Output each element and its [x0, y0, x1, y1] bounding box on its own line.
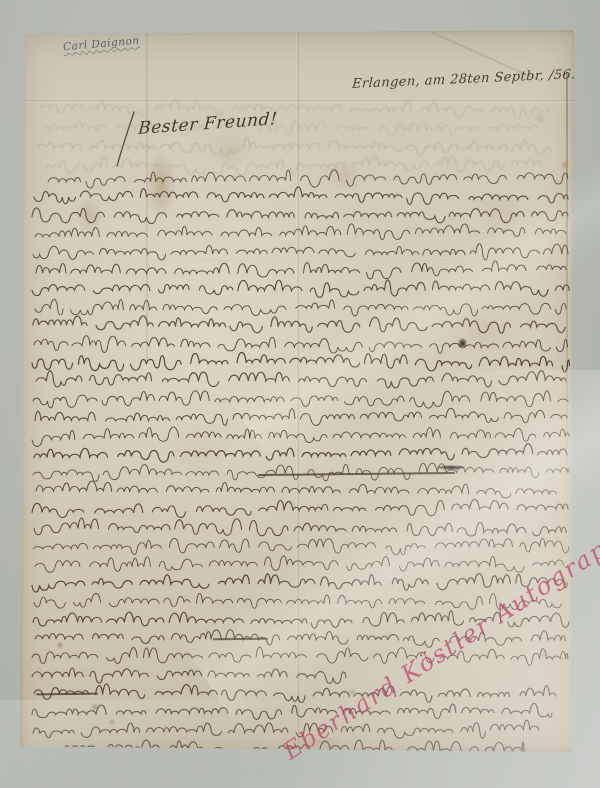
letter-paper: Carl Daignon Erlangen, am 28ten Septbr. … — [20, 30, 575, 752]
letter-photograph: Carl Daignon Erlangen, am 28ten Septbr. … — [0, 0, 600, 788]
handwriting-layer — [20, 30, 575, 752]
ink-blot — [436, 465, 466, 470]
ink-blot — [458, 338, 467, 349]
